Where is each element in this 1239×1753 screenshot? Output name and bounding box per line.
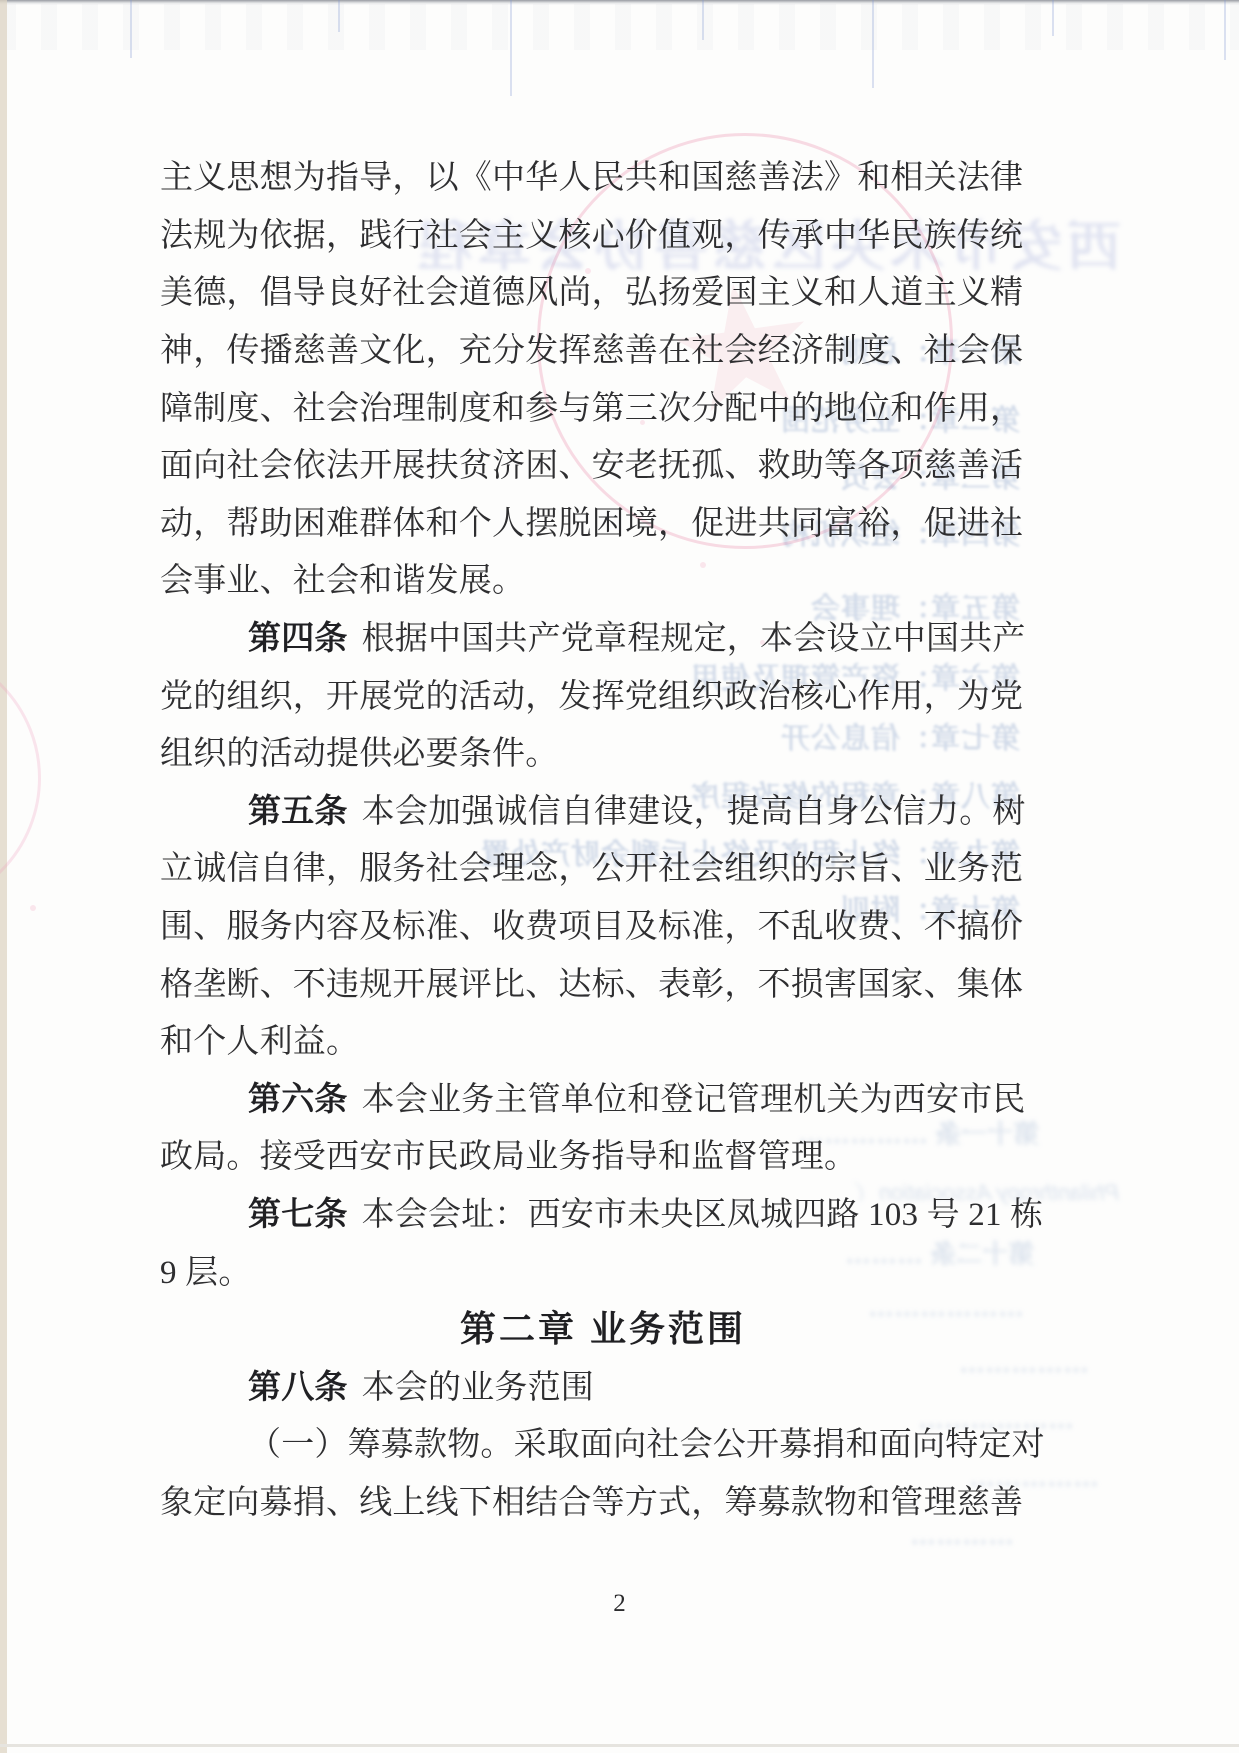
- scan-streak-artifact: [1052, 0, 1054, 36]
- scan-streak-artifact: [338, 0, 340, 32]
- line-text: 主义思想为指导，以《中华人民共和国慈善法》和相关法律: [160, 151, 1023, 198]
- text-line: 和个人利益。: [160, 1010, 1046, 1068]
- text-line: 象定向募捐、线上线下相结合等方式，筹募款物和管理慈善: [160, 1471, 1046, 1529]
- line-text: 9 层。: [160, 1246, 252, 1293]
- line-text: 本会的业务范围: [362, 1361, 594, 1408]
- line-text: 政局。接受西安市民政局业务指导和监督管理。: [160, 1130, 857, 1177]
- text-line: 立诚信自律，服务社会理念，公开社会组织的宗旨、业务范: [160, 837, 1046, 895]
- page-number: 2: [0, 1590, 1239, 1618]
- text-line: 组织的活动提供必要条件。: [160, 722, 1046, 780]
- text-line: 党的组织，开展党的活动，发挥党组织政治核心作用，为党: [160, 664, 1046, 722]
- scan-bottom-edge-artifact: [0, 1744, 1239, 1747]
- line-text: 会事业、社会和谐发展。: [160, 554, 525, 601]
- text-line: 格垄断、不违规开展评比、达标、表彰，不损害国家、集体: [160, 952, 1046, 1010]
- article-number: 第四条: [248, 612, 348, 659]
- text-line: 障制度、社会治理制度和参与第三次分配中的地位和作用，: [160, 376, 1046, 434]
- scan-streak-artifact: [1224, 0, 1226, 60]
- article-number: 第七条: [248, 1188, 348, 1235]
- text-line: 美德，倡导良好社会道德风尚，弘扬爱国主义和人道主义精: [160, 261, 1046, 319]
- line-text: 格垄断、不违规开展评比、达标、表彰，不损害国家、集体: [160, 958, 1023, 1005]
- line-text: 面向社会依法开展扶贫济困、安老抚孤、救助等各项慈善活: [160, 439, 1023, 486]
- scan-streak-artifact: [130, 0, 132, 58]
- text-line: 第六条本会业务主管单位和登记管理机关为西安市民: [160, 1068, 1046, 1126]
- text-line: 第四条根据中国共产党章程规定，本会设立中国共产: [160, 607, 1046, 665]
- text-line: 围、服务内容及标准、收费项目及标准，不乱收费、不搞价: [160, 895, 1046, 953]
- text-line: 动，帮助困难群体和个人摆脱困境，促进共同富裕，促进社: [160, 492, 1046, 550]
- scanned-document-page: ★ 西安市未央区慈善协会章程 第一章：总则第二章：业务范围第三章：会员第四章：组…: [0, 0, 1239, 1753]
- line-text: 围、服务内容及标准、收费项目及标准，不乱收费、不搞价: [160, 900, 1023, 947]
- text-line: （一）筹募款物。采取面向社会公开募捐和面向特定对: [160, 1413, 1046, 1471]
- line-text: 本会加强诚信自律建设，提高自身公信力。树: [362, 785, 1026, 832]
- article-number: 第八条: [248, 1361, 348, 1408]
- line-text: 立诚信自律，服务社会理念，公开社会组织的宗旨、业务范: [160, 842, 1023, 889]
- chapter-heading: 第二章 业务范围: [160, 1298, 1046, 1356]
- text-line: 主义思想为指导，以《中华人民共和国慈善法》和相关法律: [160, 146, 1046, 204]
- line-text: 动，帮助困难群体和个人摆脱困境，促进共同富裕，促进社: [160, 497, 1023, 544]
- text-line: 第五条本会加强诚信自律建设，提高自身公信力。树: [160, 780, 1046, 838]
- line-text: （一）筹募款物。采取面向社会公开募捐和面向特定对: [248, 1418, 1045, 1465]
- line-text: 神，传播慈善文化，充分发挥慈善在社会经济制度、社会保: [160, 324, 1023, 371]
- line-text: 本会会址：西安市未央区凤城四路 103 号 21 栋: [362, 1188, 1044, 1235]
- text-line: 政局。接受西安市民政局业务指导和监督管理。: [160, 1125, 1046, 1183]
- text-line: 面向社会依法开展扶贫济困、安老抚孤、救助等各项慈善活: [160, 434, 1046, 492]
- text-line: 第七条本会会址：西安市未央区凤城四路 103 号 21 栋: [160, 1183, 1046, 1241]
- text-line: 法规为依据，践行社会主义核心价值观，传承中华民族传统: [160, 204, 1046, 262]
- scan-streak-artifact: [702, 0, 704, 40]
- article-number: 第五条: [248, 785, 348, 832]
- line-text: 组织的活动提供必要条件。: [160, 727, 558, 774]
- line-text: 党的组织，开展党的活动，发挥党组织政治核心作用，为党: [160, 670, 1023, 717]
- line-text: 象定向募捐、线上线下相结合等方式，筹募款物和管理慈善: [160, 1476, 1023, 1523]
- text-line: 神，传播慈善文化，充分发挥慈善在社会经济制度、社会保: [160, 319, 1046, 377]
- line-text: 根据中国共产党章程规定，本会设立中国共产: [362, 612, 1026, 659]
- line-text: 美德，倡导良好社会道德风尚，弘扬爱国主义和人道主义精: [160, 266, 1023, 313]
- text-line: 9 层。: [160, 1240, 1046, 1298]
- seal-ink-dot: [30, 905, 36, 911]
- article-number: 第六条: [248, 1073, 348, 1120]
- scan-streak-artifact: [510, 0, 512, 96]
- scan-streak-artifact: [872, 0, 874, 88]
- text-line: 第八条本会的业务范围: [160, 1355, 1046, 1413]
- text-line: 会事业、社会和谐发展。: [160, 549, 1046, 607]
- line-text: 和个人利益。: [160, 1015, 359, 1062]
- scan-left-edge-artifact: [0, 0, 7, 1753]
- line-text: 本会业务主管单位和登记管理机关为西安市民: [362, 1073, 1026, 1120]
- text-block: 主义思想为指导，以《中华人民共和国慈善法》和相关法律法规为依据，践行社会主义核心…: [160, 146, 1046, 1528]
- line-text: 障制度、社会治理制度和参与第三次分配中的地位和作用，: [160, 382, 1023, 429]
- line-text: 法规为依据，践行社会主义核心价值观，传承中华民族传统: [160, 209, 1023, 256]
